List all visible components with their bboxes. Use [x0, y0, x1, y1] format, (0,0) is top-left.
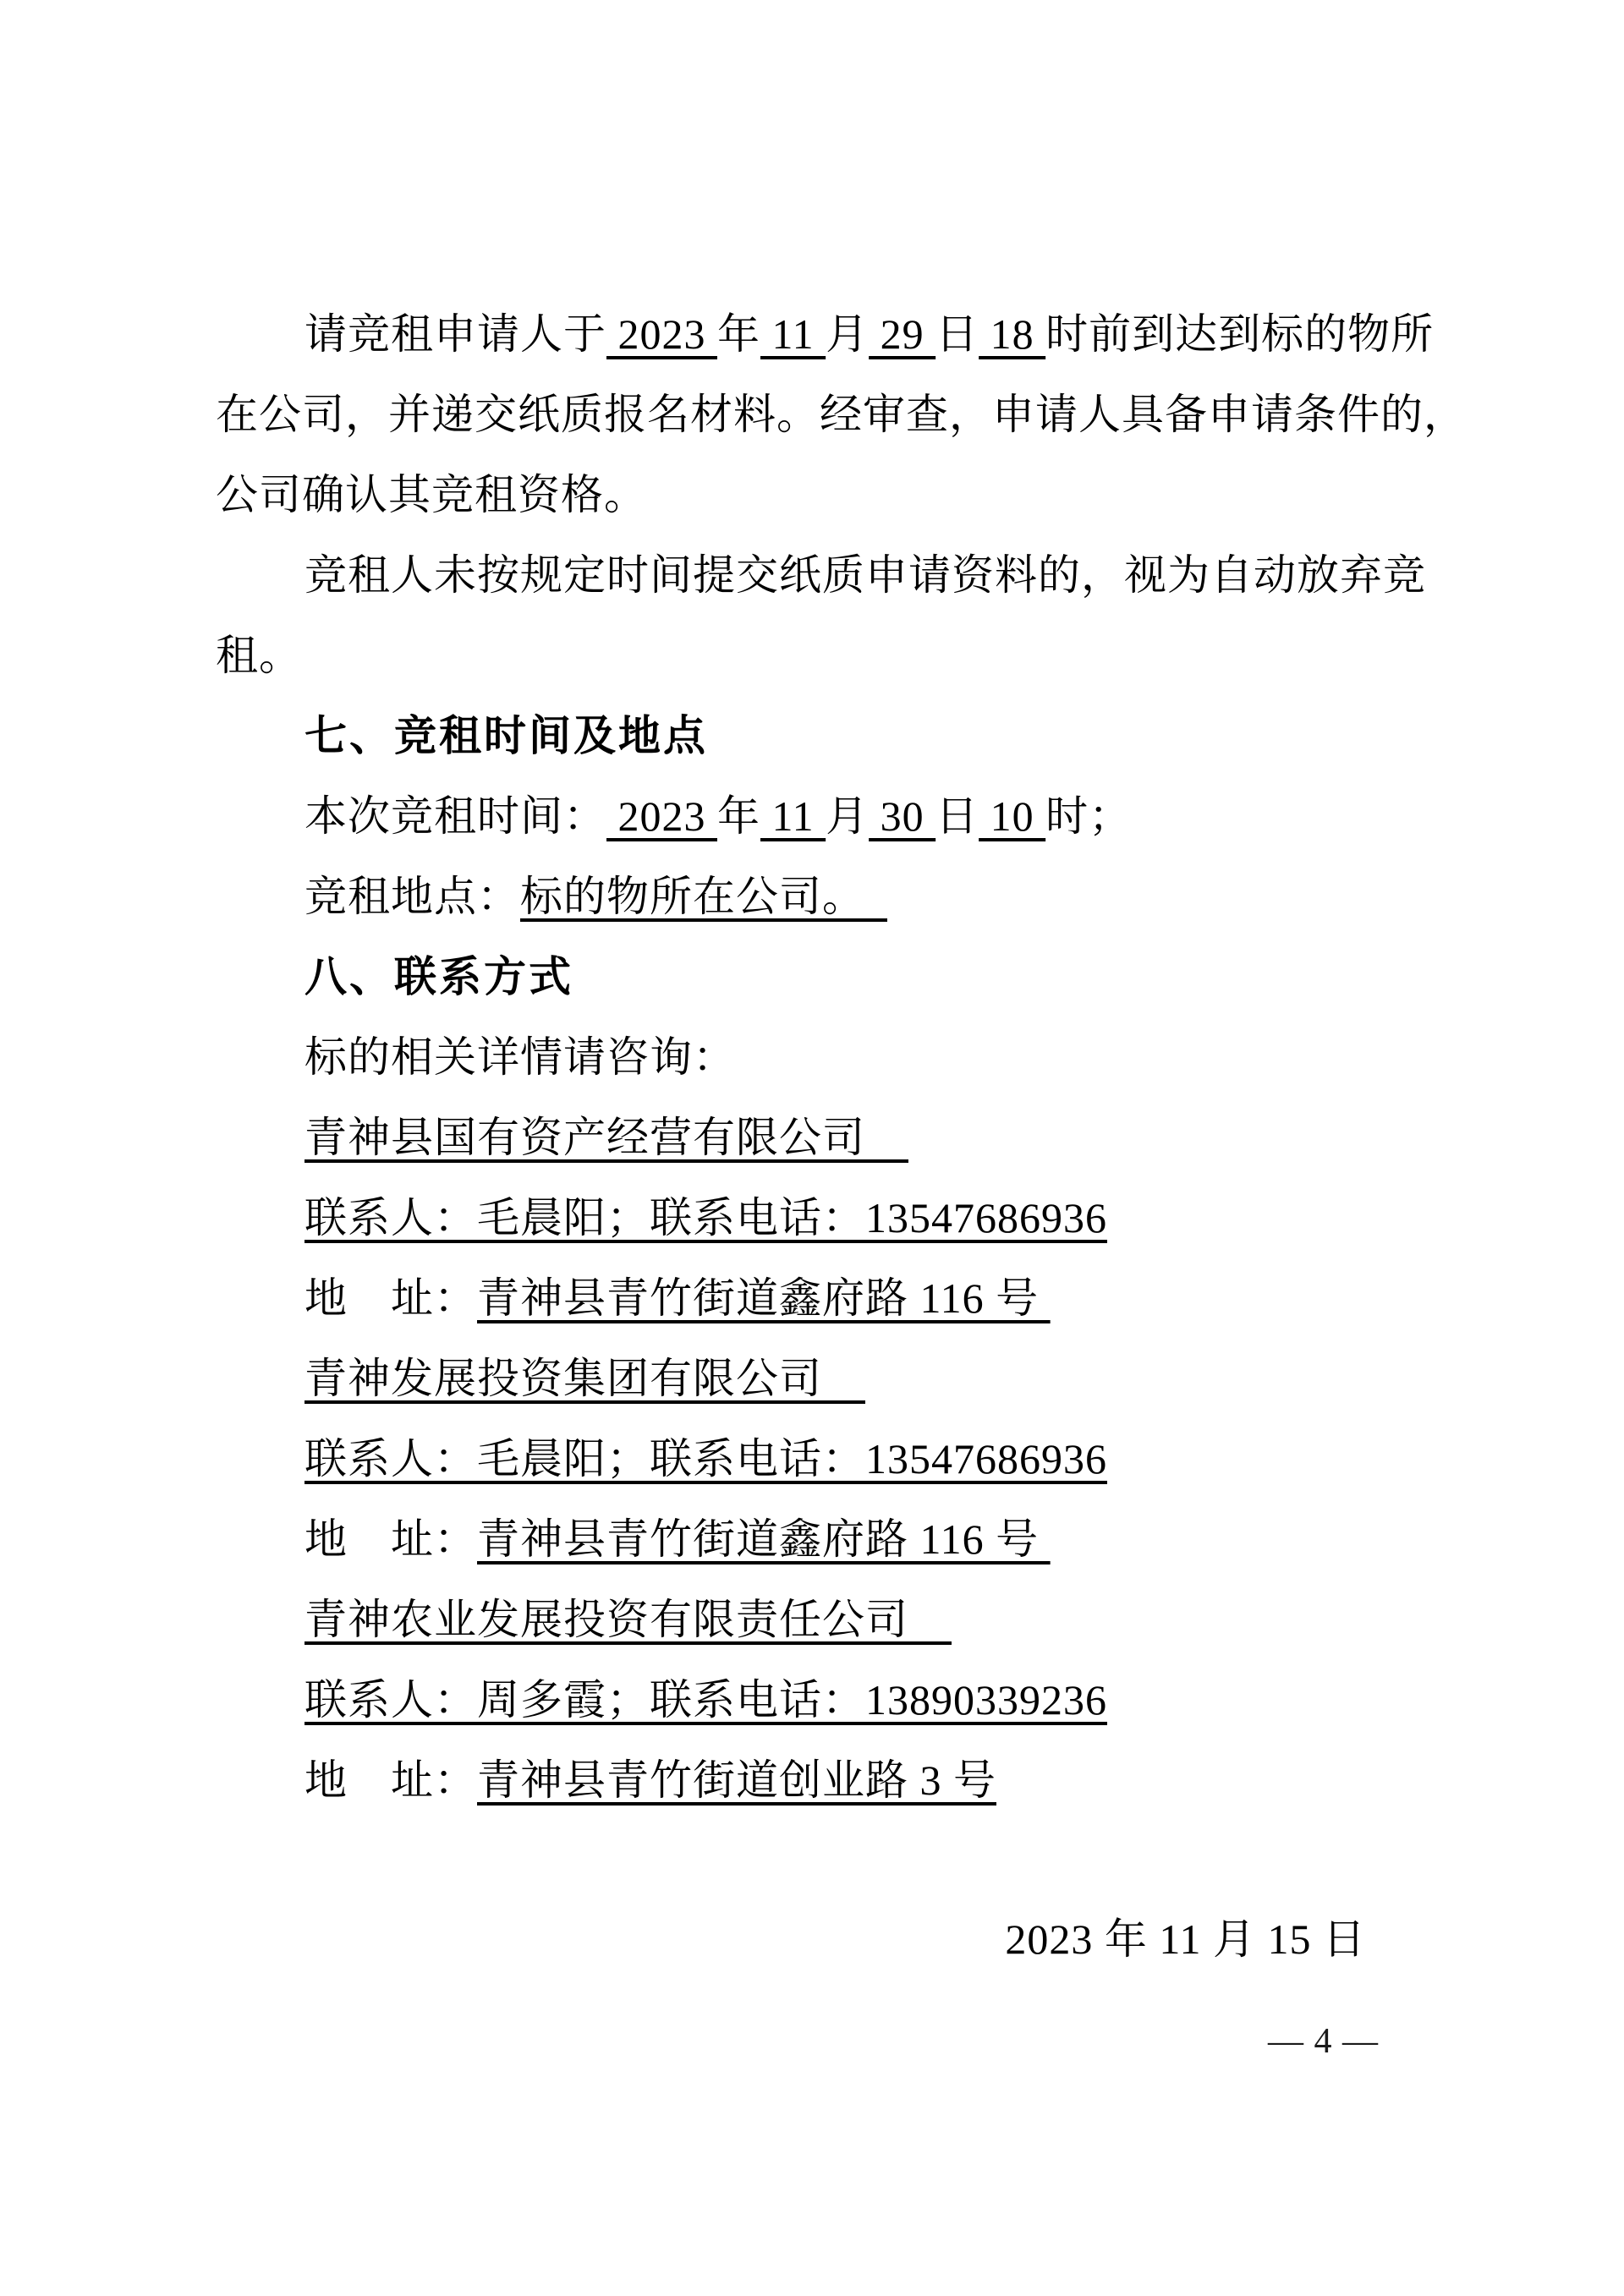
text-run: 日	[935, 310, 979, 358]
line-bid-time: 本次竞租时间： 2023 年 11 月 30 日 10 时；	[216, 776, 1434, 857]
text-run: 竞租地点：	[304, 873, 520, 920]
text-run: 年	[717, 792, 760, 840]
underlined-text-run: 30	[869, 792, 935, 840]
text-run: 年	[717, 310, 760, 358]
text-run: 竞租人未按规定时间提交纸质申请资料的，视为自动放弃竞	[304, 551, 1426, 599]
para-deadline-line2: 在公司，并递交纸质报名材料。经审查，申请人具备申请条件的，	[216, 375, 1434, 455]
text-run: 七、竞租时间及地点	[304, 712, 708, 759]
text-run: 月	[826, 792, 869, 840]
address-2: 地 址：青神县青竹街道鑫府路 116 号	[216, 1499, 1434, 1580]
text-run: 时；	[1045, 792, 1132, 840]
line-bid-place: 竞租地点：标的物所在公司。	[216, 857, 1434, 937]
text-run: 地 址：	[304, 1274, 477, 1322]
underlined-text-run: 11	[760, 792, 826, 840]
para-deadline-line1: 请竞租申请人于 2023 年 11 月 29 日 18 时前到达到标的物所	[216, 294, 1434, 375]
underlined-text-run: 联系人：周多霞；联系电话：13890339236	[304, 1676, 1107, 1723]
underlined-text-run: 联系人：毛晨阳；联系电话：13547686936	[304, 1435, 1107, 1482]
heading-section-7: 七、竞租时间及地点	[216, 696, 1434, 776]
para-forfeit-line1: 竞租人未按规定时间提交纸质申请资料的，视为自动放弃竞	[216, 535, 1434, 616]
company-2: 青神发展投资集团有限公司	[216, 1339, 1434, 1419]
contact-3: 联系人：周多霞；联系电话：13890339236	[216, 1660, 1434, 1740]
underlined-text-run: 10	[979, 792, 1045, 840]
underlined-text-run: 2023	[606, 792, 717, 840]
underlined-text-run: 青神县青竹街道鑫府路 116 号	[477, 1274, 1051, 1322]
text-run: 地 址：	[304, 1756, 477, 1804]
contact-1: 联系人：毛晨阳；联系电话：13547686936	[216, 1178, 1434, 1258]
text-run: 地 址：	[304, 1515, 477, 1563]
text-run: 八、联系方式	[304, 953, 573, 1000]
text-run: 公司确认其竞租资格。	[216, 471, 647, 518]
company-3: 青神农业发展投资有限责任公司	[216, 1580, 1434, 1660]
text-run: 在公司，并递交纸质报名材料。经审查，申请人具备申请条件的，	[216, 391, 1467, 438]
heading-section-8: 八、联系方式	[216, 937, 1434, 1017]
text-run: 月	[826, 310, 869, 358]
page-number: — 4 —	[1268, 2016, 1379, 2067]
underlined-text-run: 联系人：毛晨阳；联系电话：13547686936	[304, 1194, 1107, 1241]
underlined-text-run: 标的物所在公司。	[520, 873, 887, 920]
text-run: 租。	[216, 632, 302, 679]
underlined-text-run: 青神县国有资产经营有限公司	[304, 1114, 908, 1161]
underlined-text-run: 青神农业发展投资有限责任公司	[304, 1596, 952, 1643]
underlined-text-run: 11	[760, 310, 826, 358]
para-forfeit-line2: 租。	[216, 616, 1434, 696]
text-run: 时前到达到标的物所	[1045, 310, 1434, 358]
underlined-text-run: 青神县青竹街道鑫府路 116 号	[477, 1515, 1051, 1563]
text-run: 请竞租申请人于	[304, 310, 606, 358]
document-page: 请竞租申请人于 2023 年 11 月 29 日 18 时前到达到标的物所在公司…	[0, 0, 1624, 2296]
document-date: 2023 年 11 月 15 日	[1005, 1899, 1366, 1980]
contact-2: 联系人：毛晨阳；联系电话：13547686936	[216, 1419, 1434, 1499]
underlined-text-run: 29	[869, 310, 935, 358]
underlined-text-run: 青神发展投资集团有限公司	[304, 1355, 865, 1402]
text-run: 标的相关详情请咨询：	[304, 1033, 736, 1081]
para-deadline-line3: 公司确认其竞租资格。	[216, 455, 1434, 535]
line-consult-intro: 标的相关详情请咨询：	[216, 1017, 1434, 1098]
company-1: 青神县国有资产经营有限公司	[216, 1098, 1434, 1178]
underlined-text-run: 2023	[606, 310, 717, 358]
underlined-text-run: 青神县青竹街道创业路 3 号	[477, 1756, 996, 1804]
text-run: 日	[935, 792, 979, 840]
address-3: 地 址：青神县青竹街道创业路 3 号	[216, 1740, 1434, 1821]
address-1: 地 址：青神县青竹街道鑫府路 116 号	[216, 1258, 1434, 1339]
text-run: 本次竞租时间：	[304, 792, 606, 840]
document-body: 请竞租申请人于 2023 年 11 月 29 日 18 时前到达到标的物所在公司…	[216, 294, 1434, 1821]
underlined-text-run: 18	[979, 310, 1045, 358]
